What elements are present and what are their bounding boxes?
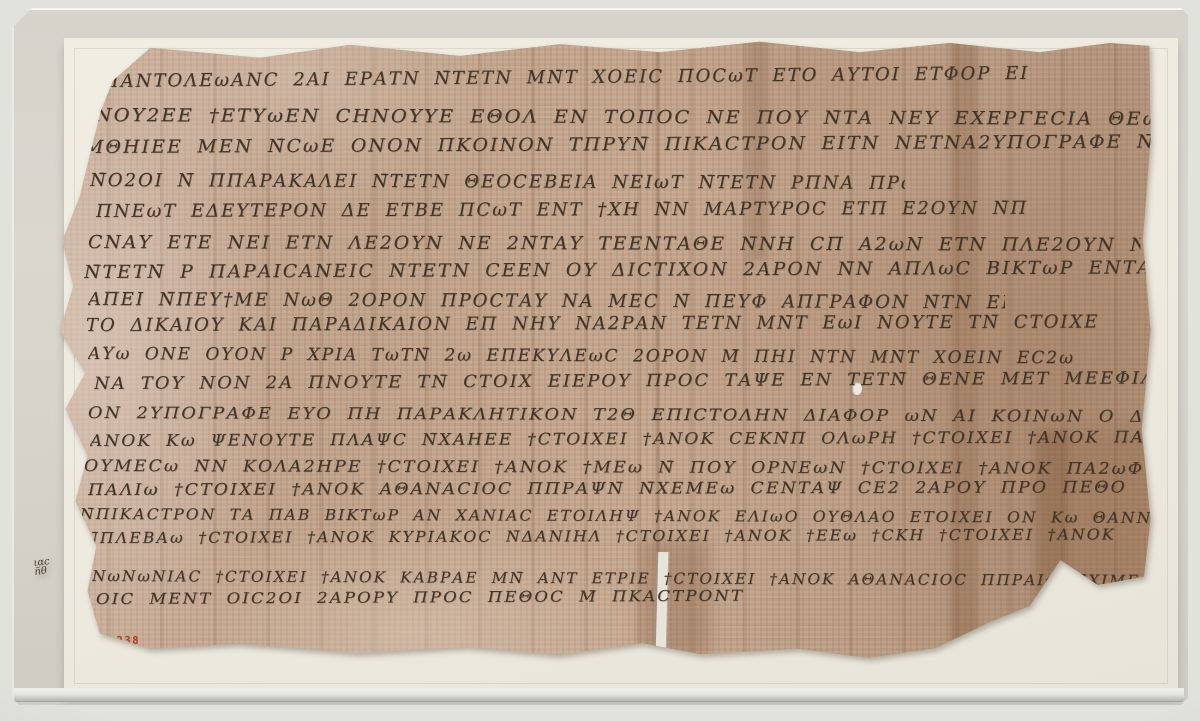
papyrus-text-line: ΟΙC ΜΕΝΤ ΟΙC2ΟΙ 2ΑΡΟΡΥ ΠΡΟC ΠΕΘΟC Μ̄ ΠΚΑ… [96,586,760,609]
papyrus-text-line: ΑΥω ΟΝΕ ΟΥΟΝ Ρ ΧΡΙΑ ΤωΤΝ̄ 2ω ΕΠΕΚΥΛΕωC 2… [88,344,1075,368]
papyrus-text-line: ΟΝ 2ΥΠΟΓΡΑΦΕ ΕΥΟ ΠΗ ΠΑΡΑΚΛΗΤΙΚΟΝ Τ2Θ ΕΠΙ… [88,403,1200,427]
accession-number-label: 12.180.238 [61,635,140,647]
papyrus-text-block: ΠΑΝΤΟΛΕωΑΝC 2ΑΙ ΕΡΑΤΝ Ν̄ΤΕΤΝ ΜΝ̄Τ ΧΟΕΙC … [58,38,1156,658]
papyrus-text-line: ΜΘΗΙΕΕ ΜΕΝ Ν̄CωΕ ΟΝΟΝ ΠΚΟΙΝΟΝ ΤΠΡΥΝ̄ ΠΙΚ… [84,132,1167,158]
papyrus-text-line: ΤΟ ΔΙΚΑΙΟΥ ΚΑΙ ΠΑΡΑΔΙΚΑΙΟΝ ΕΠ ΝΗΥ ΝΑ2ΡΑΝ… [86,312,1110,336]
papyrus-fragment: ΠΑΝΤΟΛΕωΑΝC 2ΑΙ ΕΡΑΤΝ Ν̄ΤΕΤΝ ΜΝ̄Τ ΧΟΕΙC … [58,38,1156,658]
plexiglass-bottom-edge [14,688,1184,702]
photo-background: ΠΑΝΤΟΛΕωΑΝC 2ΑΙ ΕΡΑΤΝ Ν̄ΤΕΤΝ ΜΝ̄Τ ΧΟΕΙC … [0,0,1200,721]
papyrus-text-line: ΑΠΕΙ Ν̄ΠΕΥ†ΜΕ ΝωΘ 2ΟΡΟΝ ΠΡΟCΤΑΥ ΝΑ ΜΕC Ν… [88,290,1005,313]
margin-annotation: ιαc ñθ [33,557,51,577]
papyrus-surface: ΠΑΝΤΟΛΕωΑΝC 2ΑΙ ΕΡΑΤΝ Ν̄ΤΕΤΝ ΜΝ̄Τ ΧΟΕΙC … [58,38,1156,658]
papyrus-text-line: ΠΑΝΤΟΛΕωΑΝC 2ΑΙ ΕΡΑΤΝ Ν̄ΤΕΤΝ ΜΝ̄Τ ΧΟΕΙC … [103,64,1035,92]
papyrus-text-line: Ν̄ΠΛΕΒΑω †CΤΟΙΧΕΙ †ΑΝΟΚ ΚΥΡΙΑΚΟC Ν̄ΔΑΝΙΗ… [84,524,1193,548]
papyrus-text-line: Ν̄Ο2ΟΙ Ν̄ ΠΠΑΡΑΚΑΛΕΙ Ν̄ΤΕΤΝ ΘΕΟCΕΒΕΙΑ ΝΕ… [90,171,905,194]
papyrus-text-line: ΠΑΛΙω †CΤΟΙΧΕΙ †ΑΝΟΚ ΑΘΑΝΑCΙΟC ΠΠΡΑΨΝ̄ Ν… [88,477,1200,500]
papyrus-text-line: 2ΝΟΥ2ΕΕ †ΕΤΥωΕΝ CΗΝΟΥΥΕ ΕΘΟΛ ΕΝ ΤΟΠΟC ΝΕ… [80,106,1200,130]
papyrus-text-line: ΟΥΜΕCω Ν̄Ν ΚΟΛΑ2ΗΡΕ †CΤΟΙΧΕΙ †ΑΝΟΚ †ΜΕω … [84,456,1200,479]
papyrus-text-line: Ν̄ΤΕΤΝ̄ Ρ ΠΑΡΑΙCΑΝΕΙC Ν̄ΤΕΤΝ CΕΕΝ ΟΥ ΔΙC… [84,258,1182,283]
papyrus-text-line: ΝΑ ΤΟΥ ΝΟΝ 2Α ΠΝΟΥΤΕ ΤΝ̄ CΤΟΙΧ ΕΙΕΡΟΥ ΠΡ… [94,368,1192,394]
papyrus-text-line: ΠΝΕωΤ ΕΔΕΥΤΕΡΟΝ ΔΕ ΕΤΒΕ ΠCωΤ ΕΝΤ †ΧΗ Ν̄Ν… [96,199,1040,222]
papyrus-text-line: ΑΝΟΚ Κω ΨΕΝΟΥΤΕ ΠΛΑΨC Ν̄ΧΑΗΕΕ †CΤΟΙΧΕΙ †… [90,427,1200,451]
papyrus-text-line: CΝΑΥ ΕΤΕ ΝΕΙ ΕΤΝ ΛΕ2ΟΥΝ ΝΕ 2Ν̄ΤΑΥ ΤΕΕΝΤΑ… [88,233,1141,256]
